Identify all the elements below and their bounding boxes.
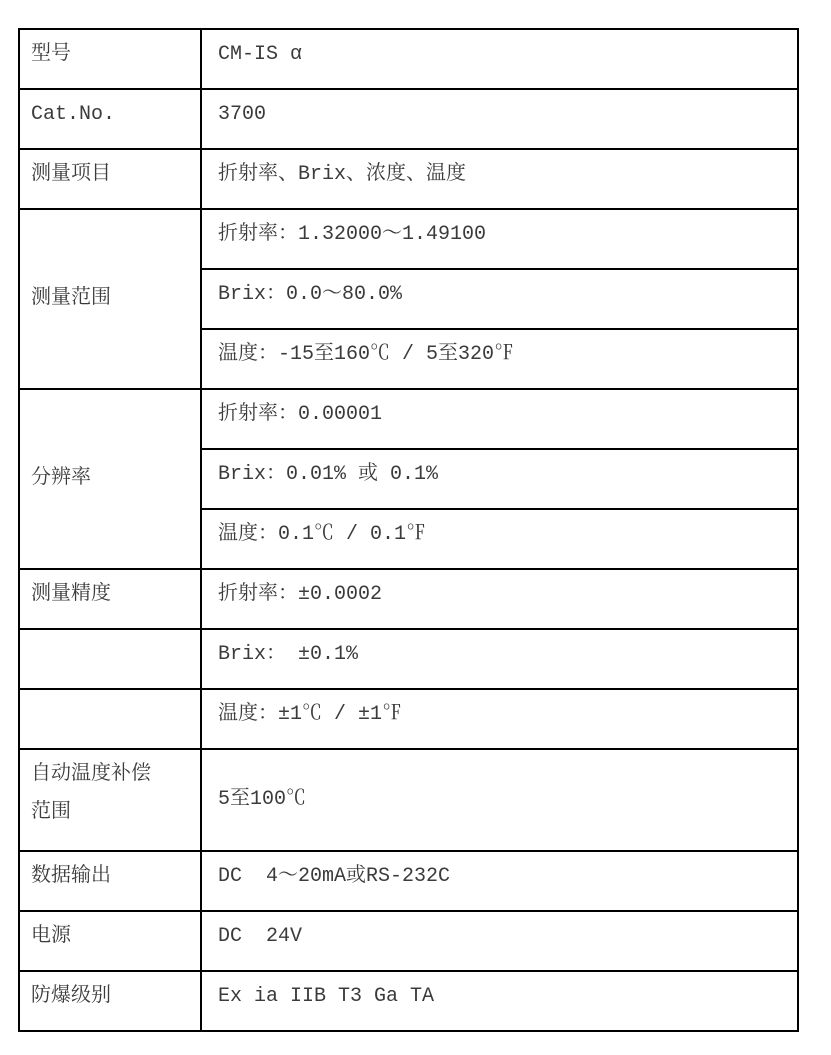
spec-value: 3700 bbox=[201, 89, 798, 149]
table-row: Cat.No. 3700 bbox=[19, 89, 798, 149]
spec-value: DC 24V bbox=[201, 911, 798, 971]
table-row: 防爆级别 Ex ia IIB T3 Ga TA bbox=[19, 971, 798, 1031]
spec-label bbox=[19, 629, 201, 689]
spec-value: Brix： ±0.1% bbox=[201, 629, 798, 689]
spec-label: 数据输出 bbox=[19, 851, 201, 911]
spec-label: 防爆级别 bbox=[19, 971, 201, 1031]
table-row: 分辨率 折射率：0.00001 bbox=[19, 389, 798, 449]
spec-label: 型号 bbox=[19, 29, 201, 89]
table-row: 测量范围 折射率：1.32000～1.49100 bbox=[19, 209, 798, 269]
spec-table: 型号 CM-IS α Cat.No. 3700 测量项目 折射率、Brix、浓度… bbox=[18, 28, 799, 1032]
spec-value: Brix：0.01% 或 0.1% bbox=[201, 449, 798, 509]
spec-label: Cat.No. bbox=[19, 89, 201, 149]
spec-label: 分辨率 bbox=[19, 389, 201, 569]
spec-value: 折射率：1.32000～1.49100 bbox=[201, 209, 798, 269]
table-row: 温度：±1℃ / ±1℉ bbox=[19, 689, 798, 749]
table-row: Brix： ±0.1% bbox=[19, 629, 798, 689]
spec-label: 测量精度 bbox=[19, 569, 201, 629]
table-row: 测量项目 折射率、Brix、浓度、温度 bbox=[19, 149, 798, 209]
spec-value: 折射率：0.00001 bbox=[201, 389, 798, 449]
spec-value: Brix：0.0～80.0% bbox=[201, 269, 798, 329]
spec-value: 温度：-15至160℃ / 5至320℉ bbox=[201, 329, 798, 389]
spec-label: 电源 bbox=[19, 911, 201, 971]
spec-label bbox=[19, 689, 201, 749]
spec-value: Ex ia IIB T3 Ga TA bbox=[201, 971, 798, 1031]
spec-label: 自动温度补偿 范围 bbox=[19, 749, 201, 851]
page: 型号 CM-IS α Cat.No. 3700 测量项目 折射率、Brix、浓度… bbox=[0, 0, 831, 1055]
table-row: 电源 DC 24V bbox=[19, 911, 798, 971]
spec-label: 测量范围 bbox=[19, 209, 201, 389]
spec-value: DC 4～20mA或RS-232C bbox=[201, 851, 798, 911]
spec-value: 温度：0.1℃ / 0.1℉ bbox=[201, 509, 798, 569]
spec-label: 测量项目 bbox=[19, 149, 201, 209]
spec-value: 折射率：±0.0002 bbox=[201, 569, 798, 629]
spec-value: 温度：±1℃ / ±1℉ bbox=[201, 689, 798, 749]
spec-value: CM-IS α bbox=[201, 29, 798, 89]
table-row: 数据输出 DC 4～20mA或RS-232C bbox=[19, 851, 798, 911]
table-row: 测量精度 折射率：±0.0002 bbox=[19, 569, 798, 629]
table-row: 自动温度补偿 范围 5至100℃ bbox=[19, 749, 798, 851]
spec-value: 5至100℃ bbox=[201, 749, 798, 851]
spec-table-body: 型号 CM-IS α Cat.No. 3700 测量项目 折射率、Brix、浓度… bbox=[19, 29, 798, 1031]
spec-value: 折射率、Brix、浓度、温度 bbox=[201, 149, 798, 209]
table-row: 型号 CM-IS α bbox=[19, 29, 798, 89]
